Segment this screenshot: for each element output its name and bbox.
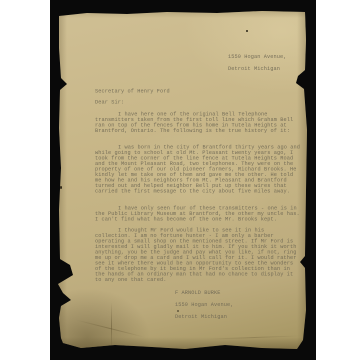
letter-text: 1559 Hogan Avenue, Detroit Michigan Secr… [57, 10, 307, 351]
signature-block: F ARNOLD BURKE 1559 Hogan Avenue, Detroi… [175, 290, 234, 320]
signature-address-line1: 1559 Hogan Avenue, [175, 302, 234, 308]
paragraph-3: I have only seen four of these transmitt… [95, 206, 302, 223]
signature-name: F ARNOLD BURKE [175, 290, 221, 296]
recipient-line: Secretary of Henry Ford [95, 89, 170, 95]
scanned-letter-page: 1559 Hogan Avenue, Detroit Michigan Secr… [0, 0, 360, 360]
signature-address-line2: Detroit Michigan [175, 314, 227, 320]
sender-address-line1: 1559 Hogan Avenue, [228, 54, 287, 60]
salutation-line: Dear Sir: [95, 100, 124, 106]
letter-paper: 1559 Hogan Avenue, Detroit Michigan Secr… [57, 10, 307, 351]
sender-address: 1559 Hogan Avenue, Detroit Michigan [228, 54, 287, 72]
sender-address-line2: Detroit Michigan [228, 66, 280, 72]
photo-backdrop: 1559 Hogan Avenue, Detroit Michigan Secr… [50, 0, 316, 360]
paragraph-2: I was born in the city of Brantford thir… [95, 145, 302, 195]
paragraph-4: I thought Mr Ford would like to see it i… [95, 228, 302, 283]
paragraph-1: I have here one of the original Bell Tel… [95, 112, 302, 134]
